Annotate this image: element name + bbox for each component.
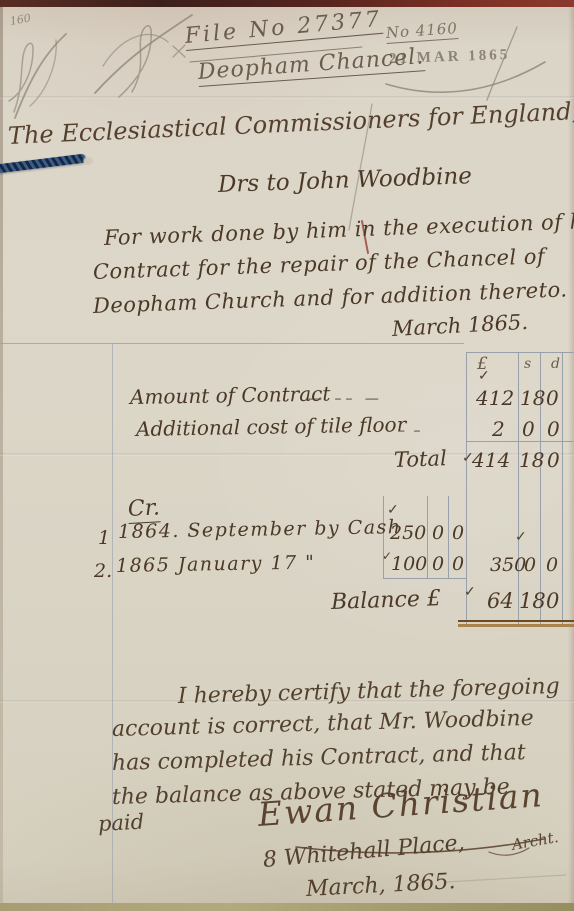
credit-shillings: 0 <box>432 553 444 575</box>
certification-line: paid <box>97 810 144 836</box>
date-line: March 1865. <box>391 310 528 341</box>
pencil-initials <box>103 34 168 66</box>
document-title: Deopham Chancel. <box>197 44 425 87</box>
signature-date: March, 1865. <box>305 869 456 902</box>
certification-line: I hereby certify that the foregoing <box>178 674 560 709</box>
credit-total-pence: 0 <box>546 554 558 576</box>
pencil-x-mark <box>173 45 185 57</box>
money-box-top <box>466 352 574 353</box>
credit-pounds: 250 <box>390 522 426 544</box>
credit-row-label: 1865 January 17 " <box>116 552 316 577</box>
pencil-initials <box>119 26 151 97</box>
balance-pence: 0 <box>546 589 559 613</box>
check-mark: ✓ <box>464 584 476 600</box>
currency-header-shillings: s <box>524 356 531 372</box>
currency-header-pence: d <box>551 356 560 372</box>
credit-total-pounds: 350 <box>490 554 526 576</box>
balance-double-rule <box>458 624 574 627</box>
description-line: Contract for the repair of the Chancel o… <box>93 244 546 284</box>
page-edge-top <box>0 0 574 7</box>
document-page: 160 File No 27377 No 4160 21 MAR 1865 De… <box>0 0 574 911</box>
debit-row-label: Additional cost of tile floor <box>136 412 407 441</box>
debtor-line: Drs to John Woodbine <box>218 163 473 198</box>
fold-crease <box>0 96 574 99</box>
pencil-line <box>446 875 566 882</box>
addressee-line: The Ecclesiastical Commissioners for Eng… <box>7 97 574 150</box>
money-column-rule <box>562 352 563 625</box>
credit-pounds: 100 <box>391 553 427 575</box>
cash-column-rule <box>448 496 449 578</box>
balance-pounds: 64 <box>487 589 514 613</box>
credit-shillings: 0 <box>432 522 444 544</box>
check-mark: ✓ <box>515 529 527 545</box>
debit-pounds: 412 <box>476 386 514 410</box>
total-pence: 0 <box>547 448 560 472</box>
certification-line: has completed his Contract, and that <box>112 740 526 776</box>
check-mark: ✓ <box>478 368 490 384</box>
credit-row-label: 1864. September by Cash <box>118 516 402 543</box>
registry-number: No 4160 <box>385 19 458 44</box>
cash-total-rule <box>383 578 466 579</box>
page-edge-bottom <box>0 903 574 911</box>
total-shillings: 18 <box>519 448 544 472</box>
credit-total-shillings: 0 <box>524 554 536 576</box>
debit-pence: 0 <box>547 417 560 441</box>
subtotal-rule <box>466 441 574 442</box>
total-label: Total <box>394 446 448 472</box>
debit-pounds: 2 <box>492 417 505 441</box>
file-number: File No 27377 <box>184 7 383 51</box>
ruled-line-top <box>0 343 464 344</box>
credit-row-number: 2. <box>94 560 112 582</box>
debit-row-label: Amount of Contract <box>130 382 331 409</box>
certification-line: account is correct, that Mr. Woodbine <box>112 706 534 742</box>
pencil-initials <box>95 15 192 93</box>
balance-shillings: 18 <box>519 589 546 613</box>
binding-cord <box>0 154 86 174</box>
signature-title: Archt. <box>510 828 559 854</box>
pencil-folio-number: 160 <box>9 11 32 27</box>
debit-shillings: 18 <box>520 386 545 410</box>
leader-dashes: – – <box>398 423 422 439</box>
signature-address: 8 Whitehall Place, <box>262 830 466 873</box>
check-mark: ✓ <box>387 502 399 518</box>
binding-cord-fray <box>82 156 94 166</box>
credit-pence: 0 <box>452 553 464 575</box>
leader-dashes: — –– — <box>308 391 383 407</box>
balance-label: Balance £ <box>331 586 442 615</box>
credit-pence: 0 <box>452 522 464 544</box>
balance-double-rule <box>458 620 574 622</box>
debit-pence: 0 <box>546 386 559 410</box>
credit-row-number: 1 <box>98 527 110 549</box>
debit-shillings: 0 <box>522 417 535 441</box>
money-column-rule <box>518 352 519 625</box>
description-line: For work done by him in the execution of… <box>104 209 574 250</box>
total-pounds: 414 <box>472 448 510 472</box>
pencil-scrawl <box>9 43 33 112</box>
pencil-scrawl <box>15 34 66 118</box>
